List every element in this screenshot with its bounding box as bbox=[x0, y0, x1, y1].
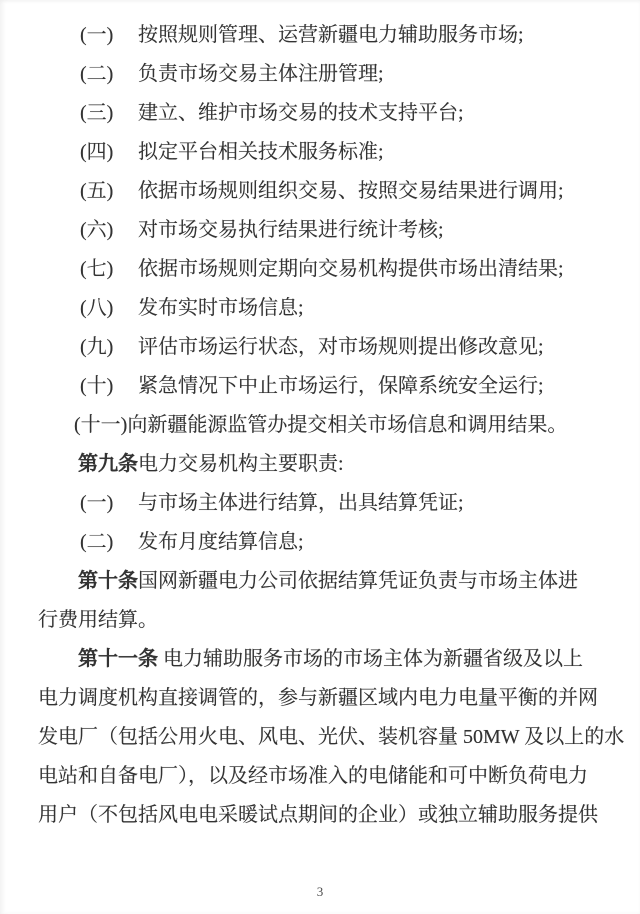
list-marker: (三) bbox=[80, 94, 138, 133]
list-item: (八)发布实时市场信息; bbox=[38, 289, 606, 328]
list-item: (一)与市场主体进行结算，出具结算凭证; bbox=[38, 484, 606, 523]
line-text: 国网新疆电力公司依据结算凭证负责与市场主体进 bbox=[138, 570, 578, 592]
line-text: 按照规则管理、运营新疆电力辅助服务市场; bbox=[138, 24, 524, 46]
line-text: 发布月度结算信息; bbox=[138, 531, 304, 553]
line-text: 拟定平台相关技术服务标准; bbox=[138, 141, 384, 163]
paragraph-continuation: 行费用结算。 bbox=[38, 601, 606, 640]
article-paragraph: 第十条国网新疆电力公司依据结算凭证负责与市场主体进 bbox=[38, 562, 606, 601]
list-item: (三)建立、维护市场交易的技术支持平台; bbox=[38, 94, 606, 133]
list-item: (十)紧急情况下中止市场运行，保障系统安全运行; bbox=[38, 367, 606, 406]
line-text: 电站和自备电厂），以及经市场准入的电储能和可中断负荷电力 bbox=[38, 765, 588, 787]
line-text: 建立、维护市场交易的技术支持平台; bbox=[138, 102, 464, 124]
list-item: (六)对市场交易执行结果进行统计考核; bbox=[38, 211, 606, 250]
list-marker: (四) bbox=[80, 133, 138, 172]
line-text: 与市场主体进行结算，出具结算凭证; bbox=[138, 492, 464, 514]
line-text: 依据市场规则组织交易、按照交易结果进行调用; bbox=[138, 180, 564, 202]
paragraph-continuation: 用户（不包括风电电采暖试点期间的企业）或独立辅助服务提供 bbox=[38, 796, 606, 835]
list-marker: (二) bbox=[80, 55, 138, 94]
article-number: 第十一条 bbox=[78, 648, 158, 670]
line-text: 用户（不包括风电电采暖试点期间的企业）或独立辅助服务提供 bbox=[38, 804, 598, 826]
list-item: (四)拟定平台相关技术服务标准; bbox=[38, 133, 606, 172]
line-text: 电力辅助服务市场的市场主体为新疆省级及以上 bbox=[158, 648, 583, 670]
list-item: (二)发布月度结算信息; bbox=[38, 523, 606, 562]
list-marker: (二) bbox=[80, 523, 138, 562]
list-marker: (七) bbox=[80, 250, 138, 289]
list-item: (九)评估市场运行状态，对市场规则提出修改意见; bbox=[38, 328, 606, 367]
line-text: 向新疆能源监管办提交相关市场信息和调用结果。 bbox=[127, 414, 567, 436]
list-marker: (六) bbox=[80, 211, 138, 250]
line-text: 对市场交易执行结果进行统计考核; bbox=[138, 219, 444, 241]
list-marker: (八) bbox=[80, 289, 138, 328]
list-item: (一)按照规则管理、运营新疆电力辅助服务市场; bbox=[38, 16, 606, 55]
line-text: 紧急情况下中止市场运行，保障系统安全运行; bbox=[138, 375, 544, 397]
paragraph-continuation: 电力调度机构直接调管的，参与新疆区域内电力电量平衡的并网 bbox=[38, 679, 606, 718]
line-text: 电力调度机构直接调管的，参与新疆区域内电力电量平衡的并网 bbox=[38, 687, 598, 709]
line-text: 负责市场交易主体注册管理; bbox=[138, 63, 384, 85]
list-item: (二)负责市场交易主体注册管理; bbox=[38, 55, 606, 94]
paragraph-continuation: 电站和自备电厂），以及经市场准入的电储能和可中断负荷电力 bbox=[38, 757, 606, 796]
list-marker: (九) bbox=[80, 328, 138, 367]
line-text: 行费用结算。 bbox=[38, 609, 158, 631]
article-paragraph: 第九条电力交易机构主要职责: bbox=[38, 445, 606, 484]
list-item: (七)依据市场规则定期向交易机构提供市场出清结果; bbox=[38, 250, 606, 289]
list-item: (五)依据市场规则组织交易、按照交易结果进行调用; bbox=[38, 172, 606, 211]
line-text: 发布实时市场信息; bbox=[138, 297, 304, 319]
article-number: 第十条 bbox=[78, 570, 138, 592]
line-text: 依据市场规则定期向交易机构提供市场出清结果; bbox=[138, 258, 564, 280]
line-text: 评估市场运行状态，对市场规则提出修改意见; bbox=[138, 336, 544, 358]
line-text: 发电厂（包括公用火电、风电、光伏、装机容量 50MW 及以上的水 bbox=[38, 726, 624, 748]
list-marker: (五) bbox=[80, 172, 138, 211]
list-marker: (一) bbox=[80, 16, 138, 55]
article-number: 第九条 bbox=[78, 453, 138, 475]
page-number: 3 bbox=[0, 884, 640, 900]
line-text: 电力交易机构主要职责: bbox=[138, 453, 344, 475]
document-page: (一)按照规则管理、运营新疆电力辅助服务市场; (二)负责市场交易主体注册管理;… bbox=[0, 0, 640, 914]
list-marker: (一) bbox=[80, 484, 138, 523]
list-marker: (十) bbox=[80, 367, 138, 406]
article-paragraph: 第十一条 电力辅助服务市场的市场主体为新疆省级及以上 bbox=[38, 640, 606, 679]
list-item: (十一)向新疆能源监管办提交相关市场信息和调用结果。 bbox=[38, 406, 606, 445]
paragraph-continuation: 发电厂（包括公用火电、风电、光伏、装机容量 50MW 及以上的水 bbox=[38, 718, 606, 757]
list-marker: (十一) bbox=[74, 414, 127, 436]
